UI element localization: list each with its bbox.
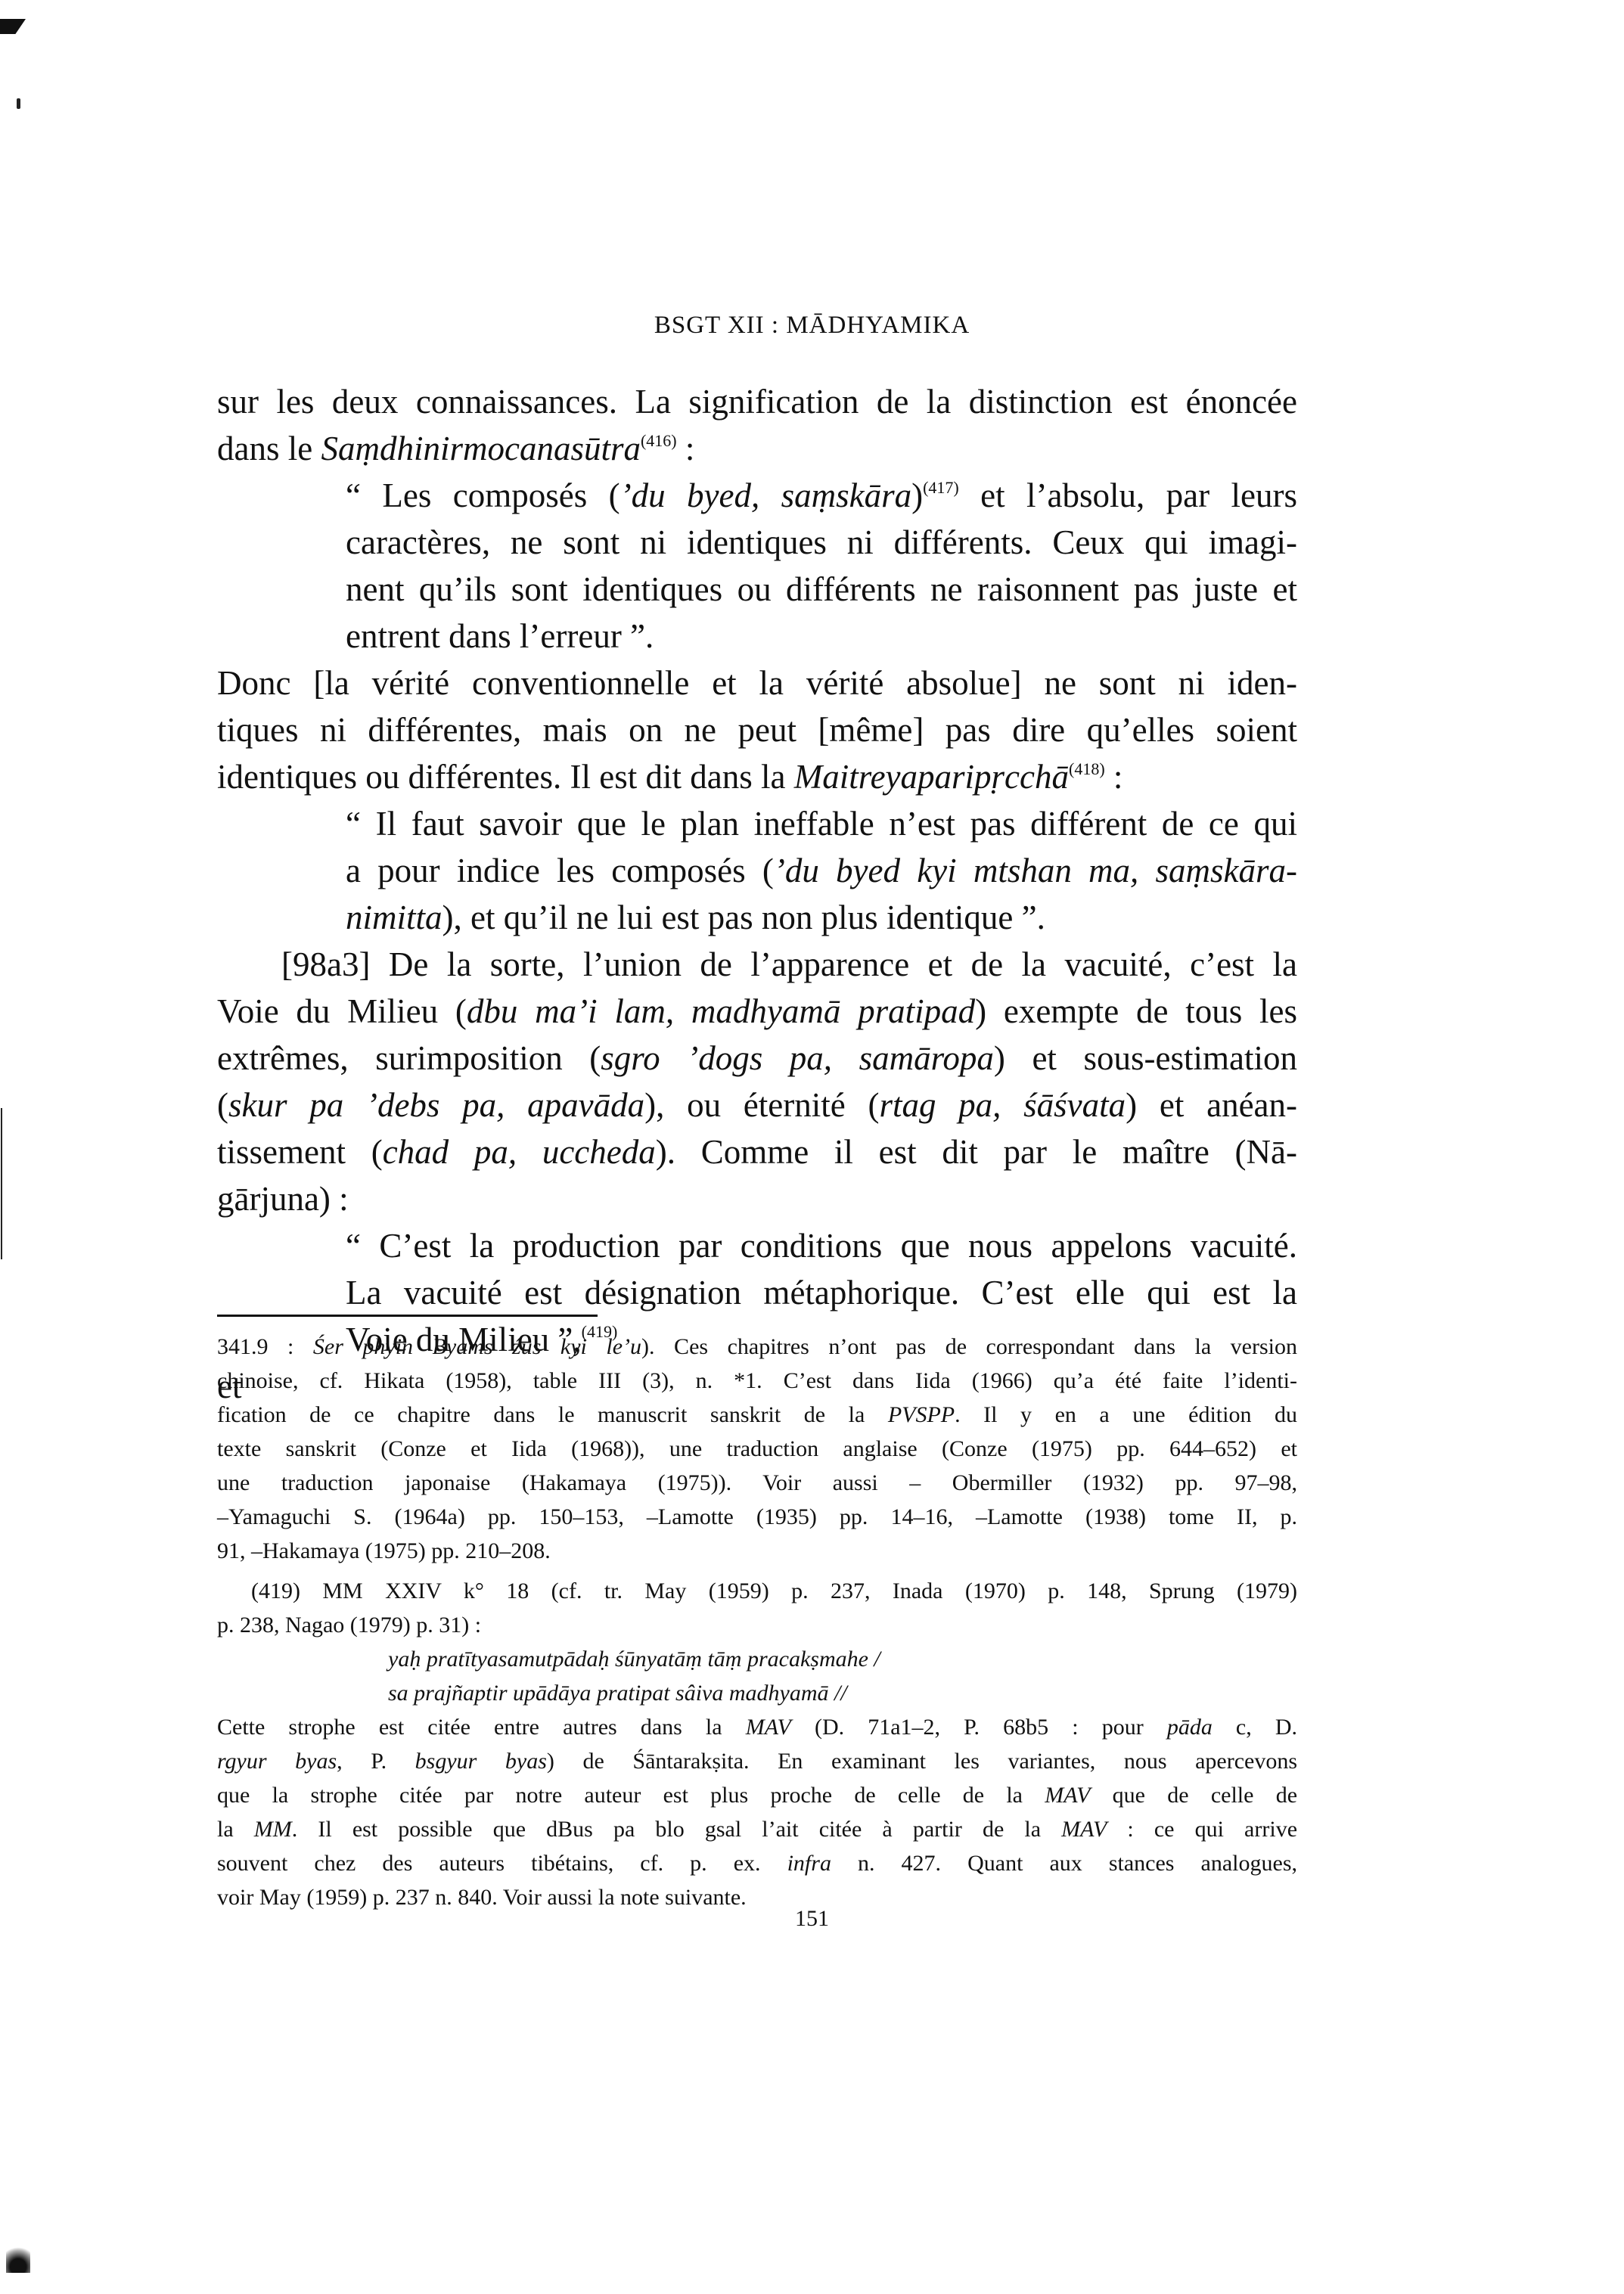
italic-term: rgyur byas [217,1749,337,1774]
footnote-reference: (418) [1069,759,1105,778]
text-run: entrent dans l’erreur ”. [346,617,654,655]
footnote-reference: (417) [923,478,959,497]
text-run: ) exempte de tous les [975,992,1297,1030]
italic-term: pāda [1167,1715,1213,1740]
italic-term: Saṃdhinirmocanasūtra [321,430,641,467]
text-run: sur les deux connaissances. La significa… [217,383,1297,421]
text-run: la [217,1817,254,1842]
body-line: (skur pa ’debs pa, apavāda), ou éternité… [217,1082,1297,1128]
italic-term: ’du byed, saṃskāra [620,476,912,514]
note-line: sa prajñaptir upādāya pratipat sâiva mad… [217,1676,1297,1710]
text-run: tiques ni différentes, mais on ne peut [… [217,711,1297,749]
text-run: : ce qui arrive [1107,1817,1297,1842]
text-run: ), et qu’il ne lui est pas non plus iden… [442,899,1045,936]
text-run: gārjuna) : [217,1180,349,1218]
body-line: sur les deux connaissances. La significa… [217,378,1297,425]
scan-artifact-mark [17,98,20,109]
body-line: identiques ou différentes. Il est dit da… [217,753,1297,800]
text-run: “ Il faut savoir que le plan ineffable n… [346,805,1297,843]
footnote-separator-rule [217,1315,598,1317]
text-run: Donc [la vérité conventionnelle et la vé… [217,664,1297,702]
body-line: La vacuité est désignation métaphorique.… [217,1269,1297,1316]
note-line: Cette strophe est citée entre autres dan… [217,1710,1297,1744]
italic-term: ’du byed kyi mtshan ma, saṃskāra- [774,852,1297,889]
text-run: a pour indice les composés ( [346,852,774,889]
note-line: 91, –Hakamaya (1975) pp. 210–208. [217,1534,1297,1568]
italic-term: skur pa ’debs pa, apavāda [228,1086,644,1124]
note-line: rgyur byas, P. bsgyur byas) de Śāntarakṣ… [217,1744,1297,1778]
text-run: , P. [337,1749,415,1774]
italic-term: MM [254,1817,292,1842]
note-line: –Yamaguchi S. (1964a) pp. 150–153, –Lamo… [217,1500,1297,1534]
note-line: texte sanskrit (Conze et Iida (1968)), u… [217,1432,1297,1466]
page-number: 151 [0,1906,1624,1932]
text-run: dans le [217,430,321,467]
text-run: tissement ( [217,1133,383,1171]
italic-term: MAV [746,1715,791,1740]
text-run: ) de Śāntarakṣita. En examinant les vari… [547,1749,1297,1774]
text-run: ). Comme il est dit par le maître (Nā- [656,1133,1297,1171]
italic-term: Maitreyaparipṛcchā [794,758,1069,796]
note-line: p. 238, Nagao (1979) p. 31) : [217,1608,1297,1642]
note-line: (419) MM XXIV k° 18 (cf. tr. May (1959) … [217,1574,1297,1608]
italic-term: MAV [1045,1783,1090,1808]
body-line: dans le Saṃdhinirmocanasūtra(416) : [217,425,1297,472]
italic-term: sgro ’dogs pa, samāropa [601,1039,994,1077]
text-run: 91, –Hakamaya (1975) pp. 210–208. [217,1538,551,1563]
text-run: extrêmes, surimposition ( [217,1039,601,1077]
body-line: “ Les composés (’du byed, saṃskāra)(417)… [217,472,1297,519]
note-line: fication de ce chapitre dans le manuscri… [217,1398,1297,1432]
body-line: entrent dans l’erreur ”. [217,613,1297,660]
text-run: “ C’est la production par conditions que… [346,1227,1297,1265]
text-run: Voie du Milieu ( [217,992,467,1030]
text-run: : [1105,758,1123,796]
note-line: 341.9 : Śer phyin Byams źus kyi le’u). C… [217,1330,1297,1364]
body-line: Voie du Milieu (dbu ma’i lam, madhyamā p… [217,988,1297,1035]
text-run: que de celle de [1090,1783,1297,1808]
body-line: a pour indice les composés (’du byed kyi… [217,847,1297,894]
text-run: ) [911,476,923,514]
text-run: ( [217,1086,228,1124]
text-run: que la strophe citée par notre auteur es… [217,1783,1045,1808]
footnotes-block: 341.9 : Śer phyin Byams źus kyi le’u). C… [217,1330,1297,1914]
footnote-reference: (416) [641,431,677,450]
text-run: “ Les composés ( [346,476,620,514]
text-run: une traduction japonaise (Hakamaya (1975… [217,1470,1297,1495]
text-run: . Il y en a une édition du [955,1402,1297,1427]
note-line: yaḥ pratītyasamutpādaḥ śūnyatāṃ tāṃ prac… [217,1642,1297,1676]
italic-term: nimitta [346,899,442,936]
body-line: caractères, ne sont ni identiques ni dif… [217,519,1297,566]
italic-term: MAV [1061,1817,1107,1842]
text-run: Cette strophe est citée entre autres dan… [217,1715,746,1740]
text-run: ), ou éternité ( [644,1086,879,1124]
text-run: ) et sous-estimation [994,1039,1297,1077]
italic-term: chad pa, uccheda [383,1133,656,1171]
note-line: la MM. Il est possible que dBus pa blo g… [217,1812,1297,1846]
text-run: c, D. [1213,1715,1297,1740]
scan-artifact-top [0,19,26,34]
italic-term: dbu ma’i lam, madhyamā pratipad [467,992,975,1030]
note-line: chinoise, cf. Hikata (1958), table III (… [217,1364,1297,1398]
text-run: La vacuité est désignation métaphorique.… [346,1274,1297,1312]
note-line: que la strophe citée par notre auteur es… [217,1778,1297,1812]
main-text-body: sur les deux connaissances. La significa… [217,378,1297,1410]
italic-term: yaḥ pratītyasamutpādaḥ śūnyatāṃ tāṃ prac… [388,1647,880,1672]
body-line: “ C’est la production par conditions que… [217,1222,1297,1269]
text-run: (D. 71a1–2, P. 68b5 : pour [791,1715,1167,1740]
scan-artifact-bottom [6,2243,30,2273]
text-run: souvent chez des auteurs tibétains, cf. … [217,1851,787,1876]
text-run: fication de ce chapitre dans le manuscri… [217,1402,888,1427]
body-line: gārjuna) : [217,1175,1297,1222]
text-run: caractères, ne sont ni identiques ni dif… [346,523,1297,561]
italic-term: infra [787,1851,831,1876]
text-run: p. 238, Nagao (1979) p. 31) : [217,1613,481,1637]
text-run: : [677,430,695,467]
text-run: nent qu’ils sont identiques ou différent… [346,570,1297,608]
body-line: Donc [la vérité conventionnelle et la vé… [217,660,1297,706]
paragraph-gap [217,1568,1297,1574]
italic-term: sa prajñaptir upādāya pratipat sâiva mad… [388,1681,847,1706]
text-run: identiques ou différentes. Il est dit da… [217,758,794,796]
body-line: nent qu’ils sont identiques ou différent… [217,566,1297,613]
text-run: texte sanskrit (Conze et Iida (1968)), u… [217,1436,1297,1461]
text-run: (419) MM XXIV k° 18 (cf. tr. May (1959) … [251,1578,1297,1603]
body-line: “ Il faut savoir que le plan ineffable n… [217,800,1297,847]
body-line: tiques ni différentes, mais on ne peut [… [217,706,1297,753]
body-line: nimitta), et qu’il ne lui est pas non pl… [217,894,1297,941]
text-run: et l’absolu, par leurs [959,476,1297,514]
italic-term: bsgyur byas [415,1749,547,1774]
text-run: n. 427. Quant aux stances analogues, [831,1851,1297,1876]
text-run: –Yamaguchi S. (1964a) pp. 150–153, –Lamo… [217,1504,1297,1529]
scan-margin-line [1,1108,2,1259]
text-run: [98a3] De la sorte, l’union de l’apparen… [281,945,1297,983]
text-run: 341.9 : [217,1334,313,1359]
text-run: chinoise, cf. Hikata (1958), table III (… [217,1368,1297,1393]
note-line: une traduction japonaise (Hakamaya (1975… [217,1466,1297,1500]
body-line: extrêmes, surimposition (sgro ’dogs pa, … [217,1035,1297,1082]
text-run: ) et anéan- [1126,1086,1297,1124]
running-header: BSGT XII : MĀDHYAMIKA [0,312,1624,340]
text-run: . Il est possible que dBus pa blo gsal l… [292,1817,1061,1842]
body-line: [98a3] De la sorte, l’union de l’apparen… [217,941,1297,988]
note-line: souvent chez des auteurs tibétains, cf. … [217,1846,1297,1880]
text-run: ). Ces chapitres n’ont pas de correspond… [641,1334,1297,1359]
italic-term: PVSPP [888,1402,955,1427]
italic-term: rtag pa, śāśvata [879,1086,1126,1124]
italic-term: Śer phyin Byams źus kyi le’u [313,1334,641,1359]
body-line: tissement (chad pa, uccheda). Comme il e… [217,1128,1297,1175]
